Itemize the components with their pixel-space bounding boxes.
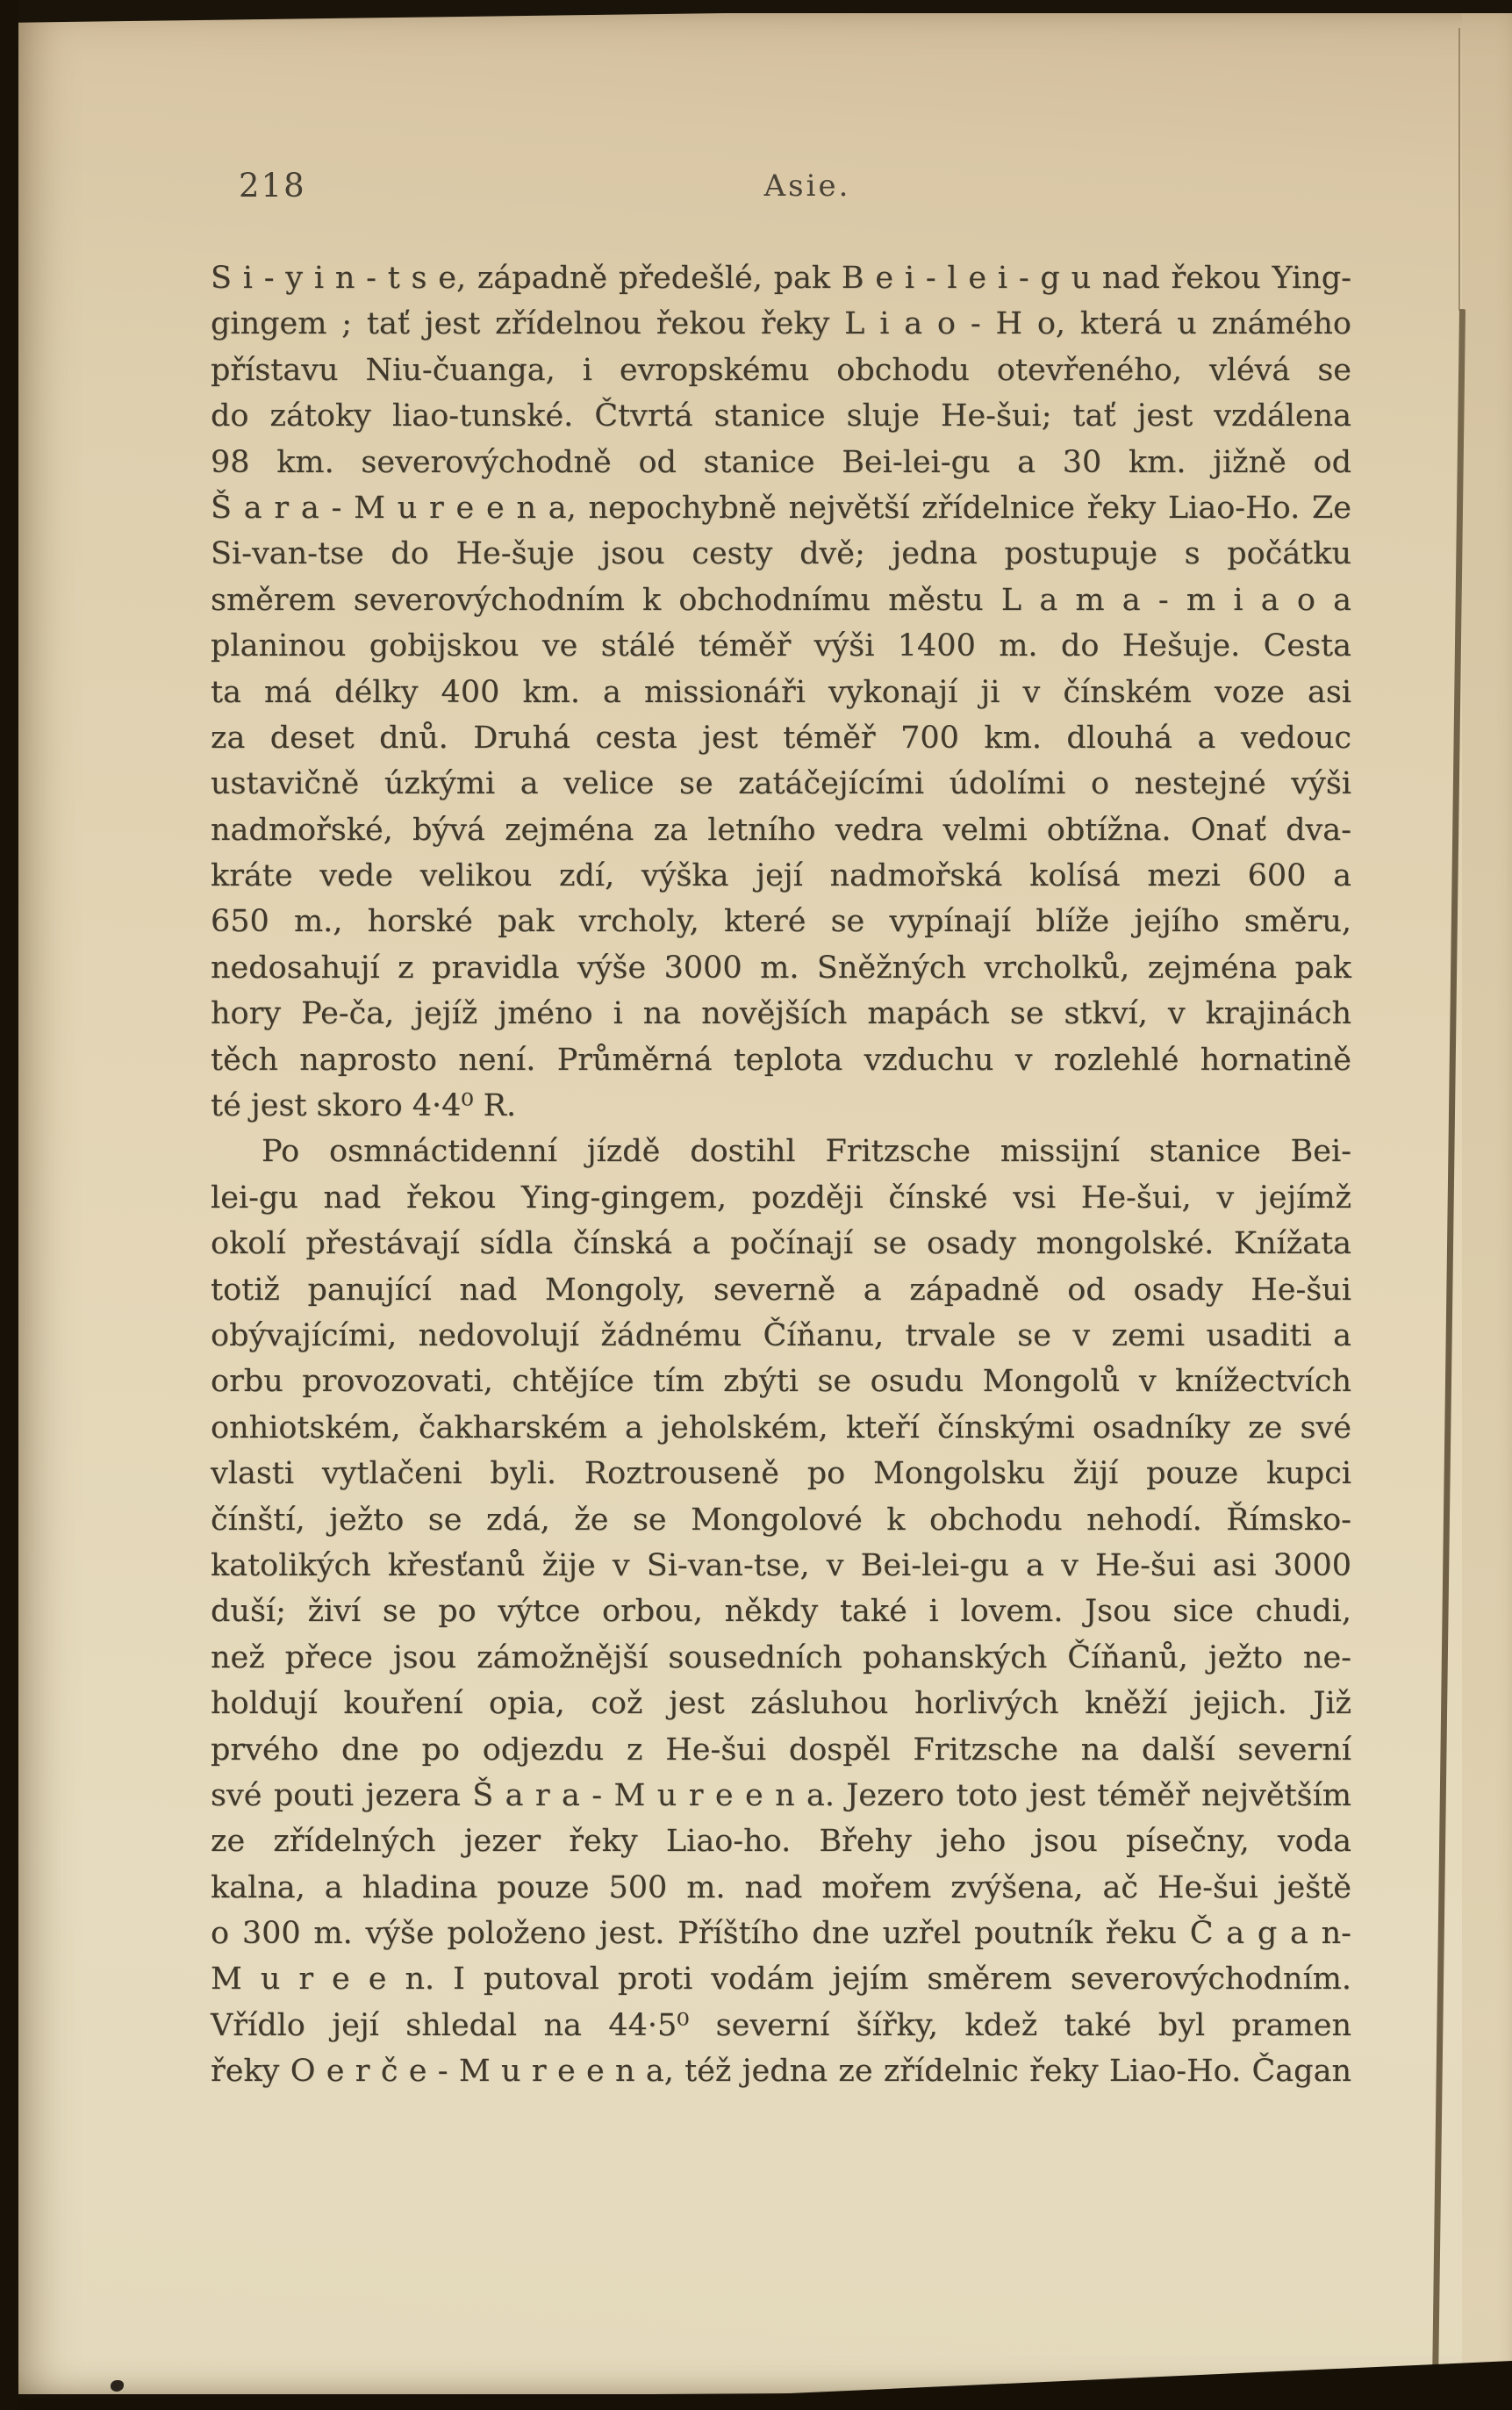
text-line: hory Pe-ča, jejíž jméno i na novějších m… xyxy=(211,991,1351,1036)
text-line: směrem severovýchodním k obchodnímu měst… xyxy=(211,577,1351,623)
text-line: nedosahují z pravidla výše 3000 m. Sněžn… xyxy=(211,945,1351,991)
text-line: S i - y i n - t s e, západně předešlé, p… xyxy=(211,255,1351,301)
text-line: kráte vede velikou zdí, výška její nadmo… xyxy=(211,853,1351,899)
text-line: přístavu Niu-čuanga, i evropskému obchod… xyxy=(211,348,1351,393)
text-line: své pouti jezera Š a r a - M u r e e n a… xyxy=(211,1773,1351,1818)
text-line: Š a r a - M u r e e n a, nepochybně nejv… xyxy=(211,485,1351,531)
text-line: prvého dne po odjezdu z He-šui dospěl Fr… xyxy=(211,1727,1351,1773)
text-line: katolikých křesťanů žije v Si-van-tse, v… xyxy=(211,1543,1351,1589)
text-line: ustavičně úzkými a velice se zatáčejícím… xyxy=(211,761,1351,807)
text-line: vlasti vytlačeni byli. Roztrouseně po Mo… xyxy=(211,1451,1351,1496)
text-line: planinou gobijskou ve stálé téměř výši 1… xyxy=(211,623,1351,669)
text-line: 98 km. severovýchodně od stanice Bei-lei… xyxy=(211,440,1351,485)
text-line: orbu provozovati, chtějíce tím zbýti se … xyxy=(211,1359,1351,1404)
text-line: gingem ; tať jest zřídelnou řekou řeky L… xyxy=(211,301,1351,347)
text-line: okolí přestávají sídla čínská a počínají… xyxy=(211,1221,1351,1266)
text-line: totiž panující nad Mongoly, severně a zá… xyxy=(211,1267,1351,1313)
text-line: ze zřídelných jezer řeky Liao-ho. Břehy … xyxy=(211,1818,1351,1864)
text-line: lei-gu nad řekou Ying-gingem, později čí… xyxy=(211,1175,1351,1221)
text-line: duší; živí se po výtce orbou, někdy také… xyxy=(211,1589,1351,1634)
text-line: Po osmnáctidenní jízdě dostihl Fritzsche… xyxy=(211,1129,1351,1174)
text-line: o 300 m. výše položeno jest. Příštího dn… xyxy=(211,1911,1351,1956)
text-line: řeky O e r č e - M u r e e n a, též jedn… xyxy=(211,2048,1351,2094)
text-line: té jest skoro 4·4⁰ R. xyxy=(211,1083,1351,1129)
text-line: než přece jsou zámožnější sousedních poh… xyxy=(211,1635,1351,1681)
text-line: obývajícími, nedovolují žádnému Číňanu, … xyxy=(211,1313,1351,1359)
text-line: čínští, ježto se zdá, že se Mongolové k … xyxy=(211,1497,1351,1543)
text-line: za deset dnů. Druhá cesta jest téměř 700… xyxy=(211,715,1351,761)
next-page-paper-strip xyxy=(1462,13,1512,2394)
photo-frame-left xyxy=(0,0,18,2410)
text-line: onhiotském, čakharském a jeholském, kteř… xyxy=(211,1405,1351,1451)
text-line: nadmořské, bývá zejména za letního vedra… xyxy=(211,807,1351,853)
text-line: 650 m., horské pak vrcholy, které se vyp… xyxy=(211,899,1351,944)
scanned-page-photo: 218 Asie. S i - y i n - t s e, západně p… xyxy=(0,0,1512,2410)
text-line: Vřídlo její shledal na 44·5⁰ severní šíř… xyxy=(211,2003,1351,2048)
running-head: Asie. xyxy=(88,169,1512,204)
text-line: holdují kouření opia, což jest zásluhou … xyxy=(211,1681,1351,1726)
text-line: do zátoky liao-tunské. Čtvrtá stanice sl… xyxy=(211,393,1351,439)
body-text: S i - y i n - t s e, západně předešlé, p… xyxy=(211,255,1351,2095)
text-line: ta má délky 400 km. a missionáři vykonaj… xyxy=(211,670,1351,715)
text-line: kalna, a hladina pouze 500 m. nad mořem … xyxy=(211,1865,1351,1911)
text-line: M u r e e n. I putoval proti vodám jejím… xyxy=(211,1956,1351,2002)
text-line: těch naprosto není. Průměrná teplota vzd… xyxy=(211,1037,1351,1083)
text-line: Si-van-tse do He-šuje jsou cesty dvě; je… xyxy=(211,531,1351,577)
